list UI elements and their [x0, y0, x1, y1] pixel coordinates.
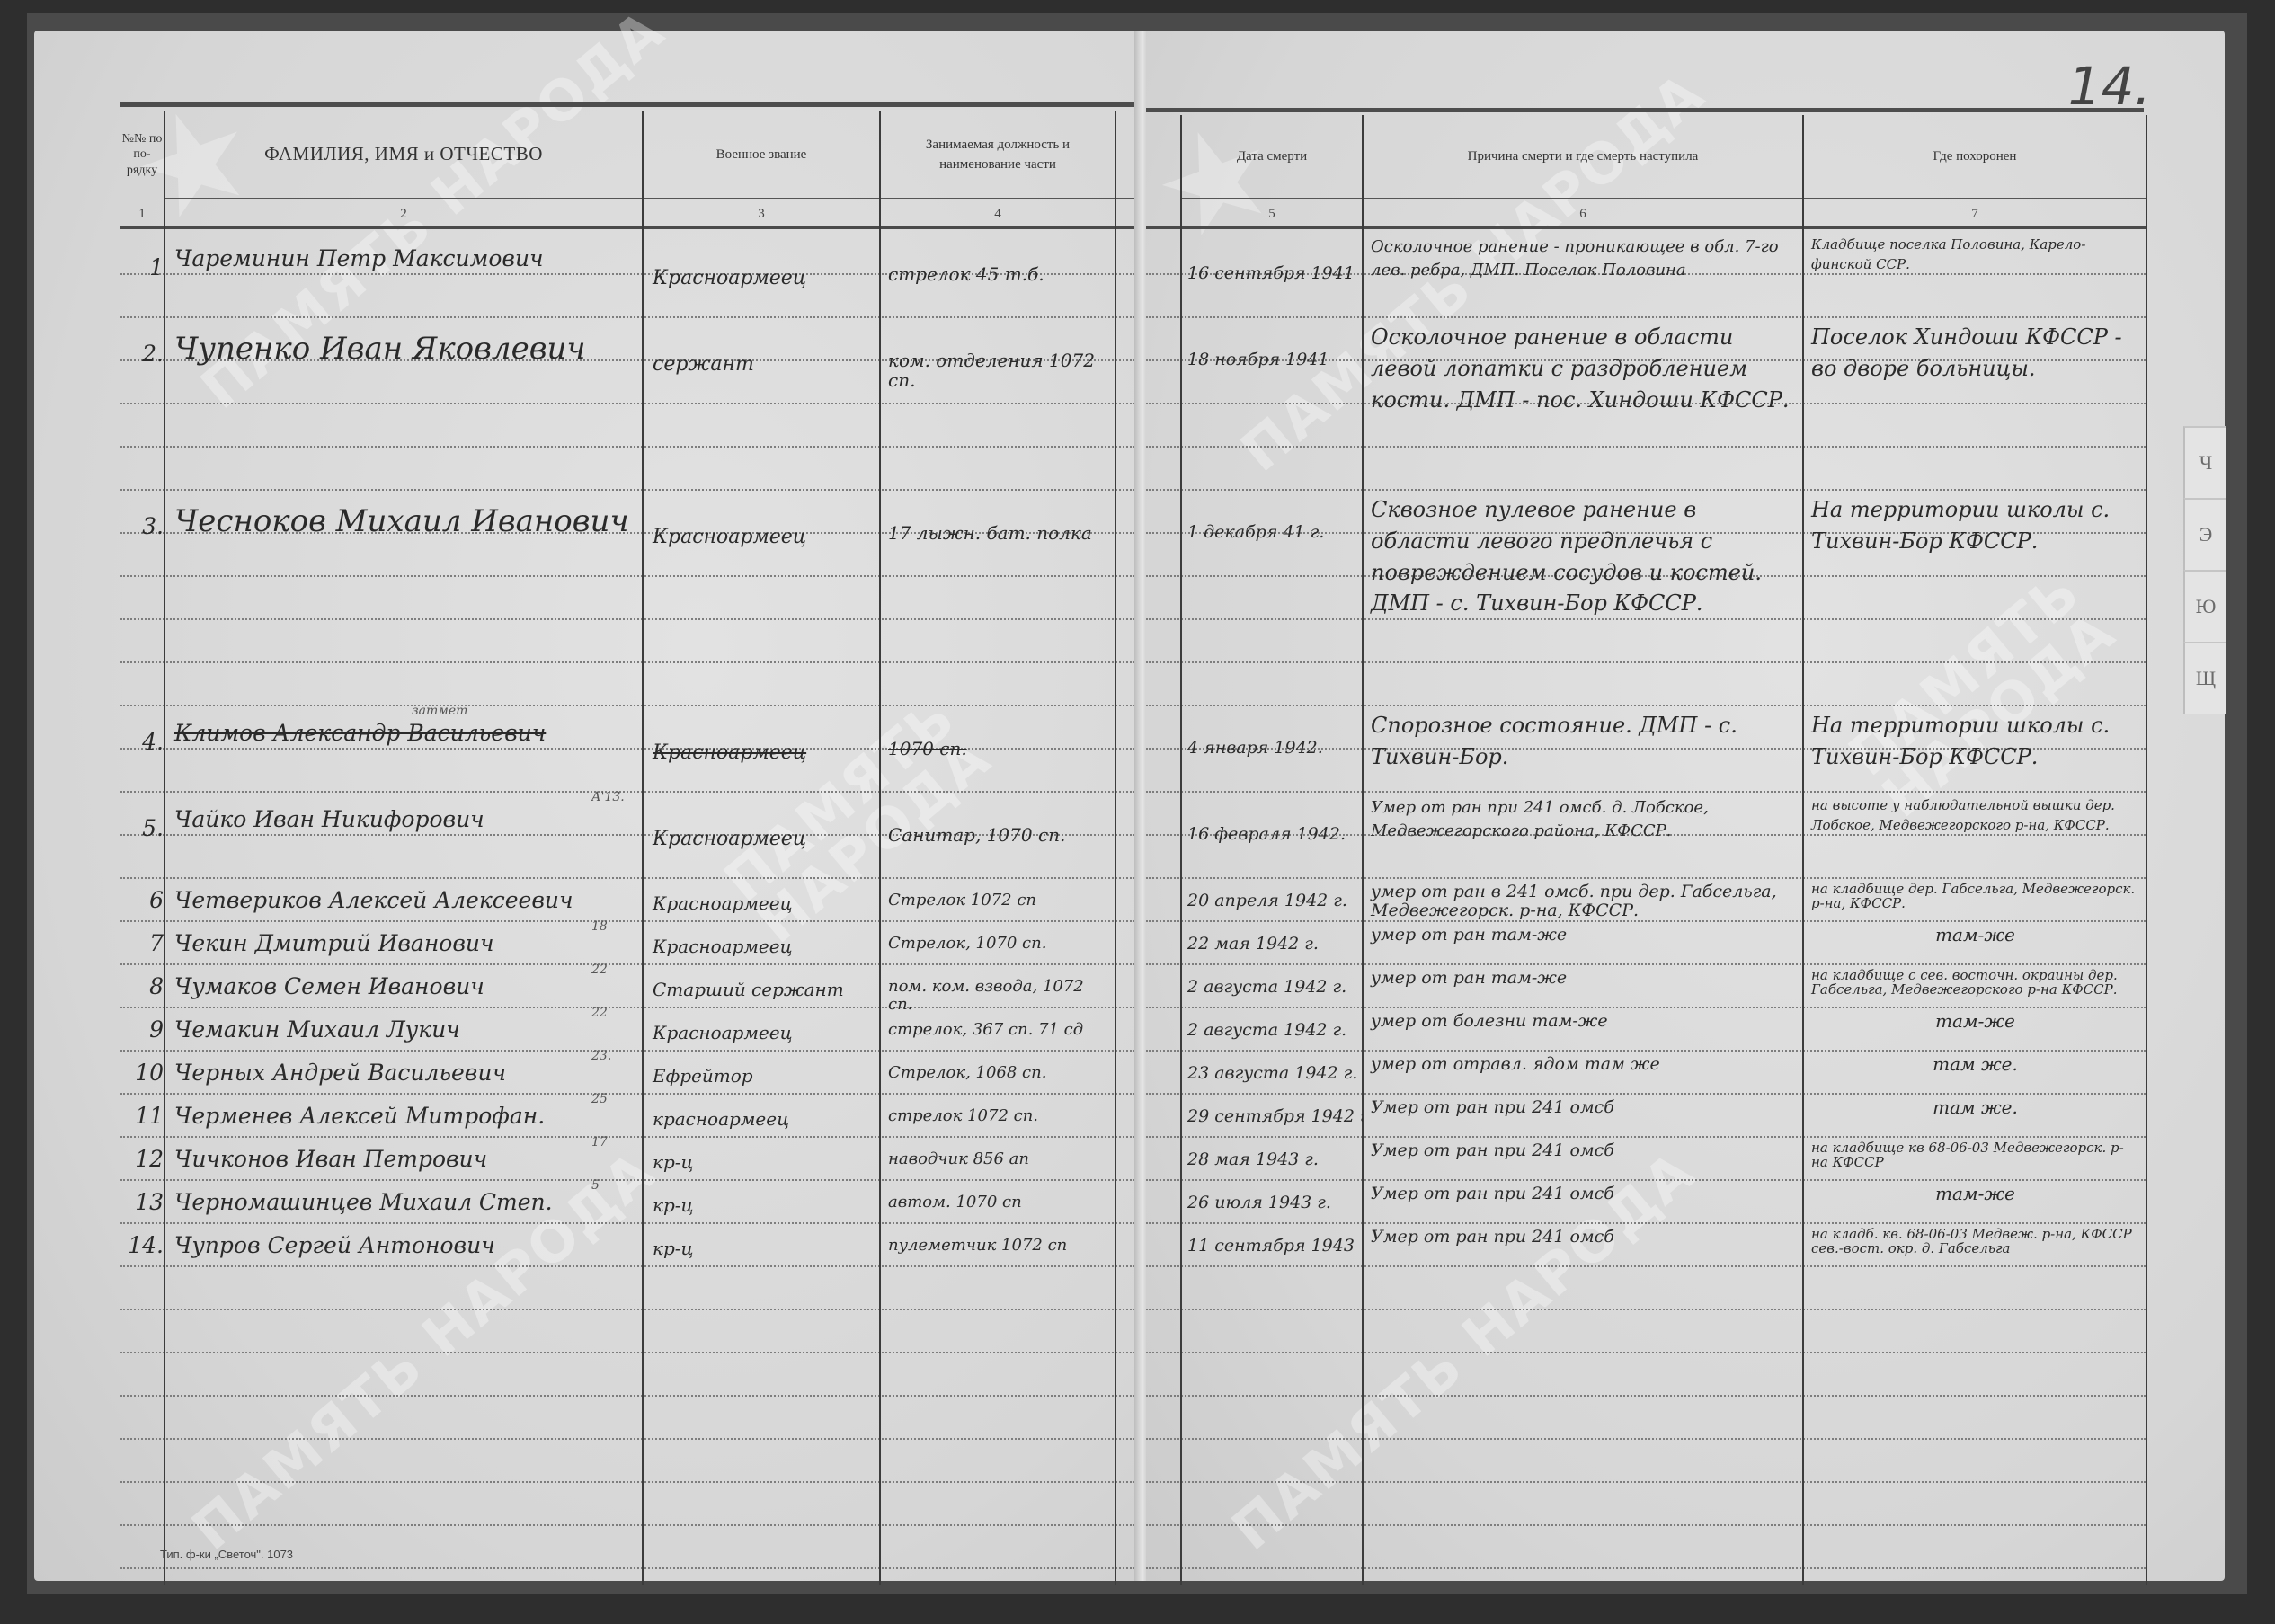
- date-of-death: 1 декабря 41 г.: [1187, 523, 1363, 542]
- header-rank: Военное звание: [644, 111, 879, 198]
- burial-place: там-же: [1811, 1185, 2139, 1203]
- burial-place: там-же: [1811, 926, 2139, 945]
- military-rank: Красноармеец: [653, 893, 877, 913]
- cause-of-death: умер от ран там-же: [1371, 926, 1797, 945]
- burial-place: Поселок Хиндоши КФССР - во дворе больниц…: [1811, 322, 2139, 385]
- cause-of-death: Сквозное пулевое ранение в области левог…: [1371, 494, 1797, 619]
- date-of-death: 29 сентября 1942 г.: [1187, 1107, 1363, 1126]
- column-rule: [1115, 111, 1116, 1585]
- index-tab[interactable]: Щ: [2183, 642, 2226, 714]
- position-and-unit: Стрелок 1072 сп: [888, 892, 1113, 910]
- burial-place: там же.: [1811, 1055, 2139, 1074]
- full-name: Климов Александр Васильевич: [174, 721, 633, 746]
- position-and-unit: стрелок 45 т.б.: [888, 264, 1113, 284]
- cause-of-death: Умер от ран при 241 омсб: [1371, 1185, 1797, 1203]
- cause-of-death: умер от ран там-же: [1371, 969, 1797, 988]
- military-rank: Старший сержант: [653, 980, 877, 999]
- row-number: 14.: [124, 1233, 164, 1258]
- header-date-of-death: Дата смерти: [1182, 115, 1362, 198]
- column-rule: [164, 111, 165, 1585]
- column-number: 3: [644, 207, 879, 222]
- date-of-death: 2 августа 1942 г.: [1187, 978, 1363, 997]
- row-number: 3.: [124, 514, 164, 539]
- full-name: Чайко Иван Никифорович: [174, 807, 633, 832]
- cause-of-death: Осколочное ранение - проникающее в обл. …: [1371, 235, 1797, 282]
- date-of-death: 23 августа 1942 г.: [1187, 1064, 1363, 1083]
- military-rank: Красноармеец: [653, 527, 877, 548]
- position-and-unit: 1070 сп.: [888, 739, 1113, 759]
- ruled-line: [120, 1524, 1142, 1526]
- annotation: затмет: [412, 705, 467, 718]
- register-book: ★ ПАМЯТЬ НАРОДА ПАМЯТЬ НАРОДА ПАМЯТЬ НАР…: [27, 13, 2247, 1594]
- position-and-unit: ком. отделения 1072 сп.: [888, 351, 1113, 390]
- ruled-line: [1146, 1179, 2146, 1181]
- ruled-line: [120, 1352, 1142, 1353]
- column-number: 1: [120, 207, 164, 222]
- header-position: Занимаемая должность и наименование част…: [881, 111, 1115, 198]
- printer-imprint: Тип. ф-ки „Светоч". 1073: [160, 1548, 293, 1561]
- ruled-line: [1146, 1050, 2146, 1052]
- row-number: 2.: [124, 342, 164, 367]
- full-name: Чекин Дмитрий Иванович: [174, 931, 633, 956]
- position-and-unit: стрелок, 367 сп. 71 сд: [888, 1021, 1113, 1039]
- burial-place: На территории школы с. Тихвин-Бор КФССР.: [1811, 710, 2139, 773]
- full-name: Черных Андрей Васильевич: [174, 1060, 633, 1086]
- column-rule: [2146, 115, 2147, 1585]
- position-and-unit: автом. 1070 сп: [888, 1194, 1113, 1211]
- ruled-line: [120, 1438, 1142, 1440]
- header-burial-place: Где похоронен: [1804, 115, 2146, 198]
- full-name: Черномашинцев Михаил Степ.: [174, 1190, 633, 1215]
- annotation: 5: [591, 1179, 600, 1193]
- military-rank: Красноармеец: [653, 268, 877, 289]
- ruled-line: [120, 446, 1142, 448]
- ruled-line: [1146, 1395, 2146, 1397]
- row-number: 13: [124, 1190, 164, 1215]
- ruled-line: [120, 618, 1142, 620]
- date-of-death: 16 февраля 1942.: [1187, 825, 1363, 844]
- date-of-death: 28 мая 1943 г.: [1187, 1150, 1363, 1169]
- header-bottom-rule: [1146, 226, 2146, 229]
- ruled-line: [1146, 1309, 2146, 1310]
- ruled-line: [1146, 920, 2146, 922]
- military-rank: Красноармеец: [653, 829, 877, 850]
- index-tab[interactable]: Ч: [2183, 426, 2226, 498]
- burial-place: на кладбище с сев. восточн. окраины дер.…: [1811, 969, 2139, 998]
- full-name: Чумаков Семен Иванович: [174, 974, 633, 999]
- ruled-line: [1146, 1222, 2146, 1224]
- military-rank: кр-ц: [653, 1238, 877, 1258]
- burial-place: там же.: [1811, 1098, 2139, 1117]
- military-rank: кр-ц: [653, 1152, 877, 1172]
- column-number: 7: [1804, 207, 2146, 222]
- full-name: Черменев Алексей Митрофан.: [174, 1104, 633, 1129]
- military-rank: Красноармеец: [653, 936, 877, 956]
- column-number: 4: [881, 207, 1115, 222]
- position-and-unit: наводчик 856 ап: [888, 1150, 1113, 1168]
- cause-of-death: Умер от ран при 241 омсб: [1371, 1141, 1797, 1160]
- ruled-line: [120, 1395, 1142, 1397]
- burial-place: на кладб. кв. 68-06-03 Медвеж. р-на, КФС…: [1811, 1228, 2139, 1256]
- annotation: 22: [591, 963, 608, 977]
- ruled-line: [1146, 1481, 2146, 1483]
- index-tab[interactable]: Ю: [2183, 570, 2226, 642]
- column-rule: [1802, 115, 1804, 1585]
- cause-of-death: Спорозное состояние. ДМП - с. Тихвин-Бор…: [1371, 710, 1797, 773]
- header-full-name: ФАМИЛИЯ, ИМЯ и ОТЧЕСТВО: [165, 111, 642, 198]
- military-rank: Ефрейтор: [653, 1066, 877, 1086]
- ruled-line: [1146, 446, 2146, 448]
- annotation: 22: [591, 1007, 608, 1020]
- ruled-line: [120, 877, 1142, 879]
- full-name: Чареминин Петр Максимович: [174, 246, 633, 271]
- row-number: 11: [124, 1104, 164, 1129]
- row-number: 10: [124, 1060, 164, 1086]
- full-name: Четвериков Алексей Алексеевич: [174, 888, 633, 913]
- left-page: ★ ПАМЯТЬ НАРОДА ПАМЯТЬ НАРОДА ПАМЯТЬ НАР…: [34, 31, 1142, 1581]
- ruled-line: [1146, 705, 2146, 706]
- date-of-death: 18 ноября 1941: [1187, 351, 1363, 369]
- column-rule: [879, 111, 881, 1585]
- military-rank: кр-ц: [653, 1195, 877, 1215]
- cause-of-death: Умер от ран при 241 омсб: [1371, 1228, 1797, 1247]
- ruled-line: [1146, 1438, 2146, 1440]
- ruled-line: [1146, 963, 2146, 965]
- ruled-line: [1146, 877, 2146, 879]
- row-number: 6: [124, 888, 164, 913]
- row-number: 5.: [124, 816, 164, 841]
- date-of-death: 26 июля 1943 г.: [1187, 1194, 1363, 1212]
- ruled-line: [120, 963, 1142, 965]
- full-name: Чесноков Михаил Иванович: [174, 505, 633, 538]
- ruled-line: [120, 1309, 1142, 1310]
- annotation: 23.: [591, 1050, 611, 1063]
- military-rank: красноармеец: [653, 1109, 877, 1129]
- ruled-line: [120, 705, 1142, 706]
- ruled-line: [1146, 1136, 2146, 1138]
- burial-place: на высоте у наблюдательной вышки дер. Ло…: [1811, 796, 2139, 836]
- row-number: 1: [124, 255, 164, 280]
- header-subrule: [1182, 198, 2146, 199]
- right-page: ★ ПАМЯТЬ НАРОДА ПАМЯТЬ НАРОДА ПАМЯТЬ НАР…: [1146, 31, 2225, 1581]
- date-of-death: 4 января 1942.: [1187, 739, 1363, 758]
- position-and-unit: пулеметчик 1072 сп: [888, 1237, 1113, 1255]
- column-rule: [1362, 115, 1364, 1585]
- header-cause-of-death: Причина смерти и где смерть наступила: [1364, 115, 1802, 198]
- position-and-unit: Стрелок, 1070 сп.: [888, 935, 1113, 953]
- cause-of-death: Осколочное ранение в области левой лопат…: [1371, 322, 1797, 415]
- date-of-death: 16 сентября 1941: [1187, 264, 1363, 283]
- ruled-line: [1146, 1265, 2146, 1267]
- position-and-unit: Стрелок, 1068 сп.: [888, 1064, 1113, 1082]
- burial-place: там-же: [1811, 1012, 2139, 1031]
- ruled-line: [120, 1265, 1142, 1267]
- cause-of-death: умер от болезни там-же: [1371, 1012, 1797, 1031]
- full-name: Чемакин Михаил Лукич: [174, 1017, 633, 1043]
- burial-place: на кладбище кв 68-06-03 Медвежегорск. р-…: [1811, 1141, 2139, 1170]
- row-number: 4.: [124, 730, 164, 755]
- row-number: 7: [124, 931, 164, 956]
- row-number: 12: [124, 1147, 164, 1172]
- row-number: 9: [124, 1017, 164, 1043]
- position-and-unit: 17 лыжн. бат. полка: [888, 523, 1113, 543]
- position-and-unit: стрелок 1072 сп.: [888, 1107, 1113, 1125]
- military-rank: сержант: [653, 354, 877, 376]
- annotation: 25: [591, 1093, 608, 1106]
- ruled-line: [120, 489, 1142, 491]
- header-subrule: [165, 198, 1136, 199]
- date-of-death: 20 апреля 1942 г.: [1187, 892, 1363, 910]
- ruled-line: [120, 920, 1142, 922]
- column-number: 5: [1182, 207, 1362, 222]
- full-name: Чупров Сергей Антонович: [174, 1233, 633, 1258]
- index-tab[interactable]: Э: [2183, 498, 2226, 570]
- row-number: 8: [124, 974, 164, 999]
- ruled-line: [1146, 661, 2146, 663]
- date-of-death: 11 сентября 1943: [1187, 1237, 1363, 1256]
- annotation: А'13.: [591, 791, 625, 804]
- ruled-line: [1146, 1007, 2146, 1008]
- ruled-line: [120, 575, 1142, 577]
- cause-of-death: умер от отравл. ядом там же: [1371, 1055, 1797, 1074]
- top-rule: [120, 102, 1142, 107]
- cause-of-death: Умер от ран при 241 омсб. д. Лобское, Ме…: [1371, 796, 1797, 843]
- ruled-line: [120, 1567, 1142, 1569]
- ruled-line: [120, 661, 1142, 663]
- ruled-line: [120, 1136, 1142, 1138]
- ruled-line: [1146, 1093, 2146, 1095]
- alphabet-index-tabs: Ч Э Ю Щ: [2183, 426, 2226, 714]
- column-rule: [1180, 115, 1182, 1585]
- column-number: 6: [1364, 207, 1802, 222]
- position-and-unit: пом. ком. взвода, 1072 сп.: [888, 978, 1113, 1014]
- ruled-line: [120, 1481, 1142, 1483]
- column-rule: [642, 111, 644, 1585]
- ruled-line: [120, 1179, 1142, 1181]
- ruled-line: [120, 403, 1142, 404]
- cause-of-death: Умер от ран при 241 омсб: [1371, 1098, 1797, 1117]
- ruled-line: [120, 316, 1142, 318]
- burial-place: На территории школы с. Тихвин-Бор КФССР.: [1811, 494, 2139, 557]
- cause-of-death: умер от ран в 241 омсб. при дер. Габсель…: [1371, 883, 1797, 920]
- ruled-line: [1146, 489, 2146, 491]
- ruled-line: [1146, 316, 2146, 318]
- ruled-line: [120, 1050, 1142, 1052]
- full-name: Чичконов Иван Петрович: [174, 1147, 633, 1172]
- ruled-line: [1146, 1567, 2146, 1569]
- top-rule: [1146, 108, 2144, 112]
- military-rank: Красноармеец: [653, 1023, 877, 1043]
- date-of-death: 22 мая 1942 г.: [1187, 935, 1363, 954]
- ruled-line: [120, 1222, 1142, 1224]
- header-number: №№ по по- рядку: [120, 111, 164, 198]
- header-bottom-rule: [120, 226, 1142, 229]
- ruled-line: [1146, 1524, 2146, 1526]
- military-rank: Красноармеец: [653, 742, 877, 764]
- burial-place: на кладбище дер. Габсельга, Медвежегорск…: [1811, 883, 2139, 911]
- full-name: Чупенко Иван Яковлевич: [174, 333, 633, 366]
- ruled-line: [120, 1093, 1142, 1095]
- annotation: 18: [591, 920, 608, 934]
- position-and-unit: Санитар, 1070 сп.: [888, 825, 1113, 845]
- ruled-line: [120, 791, 1142, 793]
- annotation: 17: [591, 1136, 608, 1149]
- ruled-line: [1146, 791, 2146, 793]
- column-number: 2: [165, 207, 642, 222]
- burial-place: Кладбище поселка Половина, Карело-финско…: [1811, 235, 2139, 275]
- ruled-line: [1146, 1352, 2146, 1353]
- date-of-death: 2 августа 1942 г.: [1187, 1021, 1363, 1040]
